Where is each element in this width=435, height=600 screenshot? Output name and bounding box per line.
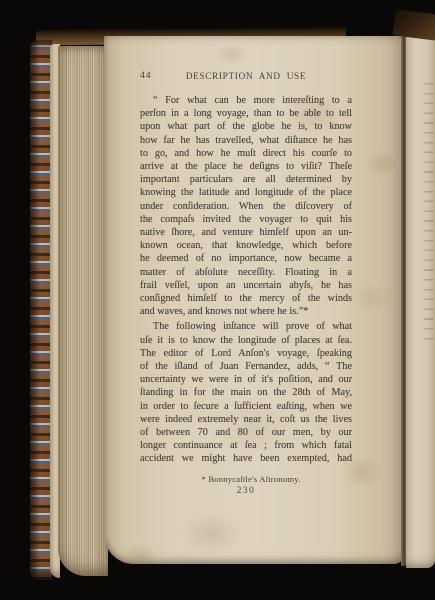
body-text-line: were indeed extremely near it, coſt us t… [140,413,352,426]
body-text-line: uſe it is to know the longitude of place… [140,334,352,347]
body-text-line: how far he has travelled, what diſtance … [140,134,352,147]
body-text-line: known ocean, that knowledge, which befor… [140,239,352,252]
facing-page-sliver [406,28,435,568]
cover-corner-flap [393,9,435,40]
body-text-line: matter of abſolute neceſſity. Floating i… [140,266,352,279]
body-text-line: upon what part of the globe he is, to kn… [140,120,352,133]
page-number: 44 [140,70,152,81]
marbled-cover-edge [30,40,52,580]
body-text-line: frail veſſel, upon an uncertain abyſs, h… [140,279,352,292]
body-text-line: important particulars are all determined… [140,173,352,186]
body-text-line: perſon in a long voyage, than to be able… [140,107,352,120]
body-text-line: longer continuance at ſea ; from which f… [140,439,352,452]
footnote: * Bonnycaſtle's Aſtronomy. [140,474,352,484]
page-header: 44 DESCRIPTION AND USE [140,70,352,84]
body-text: “ For what can be more intereſting to ap… [140,94,352,466]
book-page: 44 DESCRIPTION AND USE “ For what can be… [104,36,404,564]
body-text-line: ſtanding in for the main on the 28th of … [140,386,352,399]
signature-mark: 230 [140,486,352,496]
body-text-line: of between 70 and 80 of our men, by our [140,426,352,439]
body-text-line: under conſideration. When the diſcovery … [140,200,352,213]
body-text-line: to go, and how he muſt direct his courſe… [140,147,352,160]
body-text-line: “ For what can be more intereſting to a [140,94,352,107]
body-text-line: and waves, and knows not where he is.”* [140,305,352,318]
body-text-line: he deemed of no importance, now became a [140,252,352,265]
body-text-line: in order to ſecure a ſufficient eaſting,… [140,400,352,413]
body-text-line: of the iſland of Juan Fernandez, adds, “… [140,360,352,373]
body-text-line: native ſhore, and venture himſelf upon a… [140,226,352,239]
body-text-line: accident we might have been exempted, ha… [140,452,352,465]
photo-stage: 44 DESCRIPTION AND USE “ For what can be… [0,0,435,600]
body-text-line: The following inſtance will prove of wha… [140,320,352,333]
facing-page-text-hint [424,83,433,343]
text-block: 44 DESCRIPTION AND USE “ For what can be… [140,70,352,496]
body-text-line: uncertainty we were in of it's poſition,… [140,373,352,386]
body-text-line: knowing the latitude and longitude of th… [140,186,352,199]
body-text-line: the compaſs invited the voyager to quit … [140,213,352,226]
body-text-line: The editor of Lord Anſon's voyage, ſpeak… [140,347,352,360]
running-title: DESCRIPTION AND USE [140,70,352,81]
body-text-line: arrive at the place he deſigns to viſit?… [140,160,352,173]
body-text-line: conſigned himſelf to the mercy of the wi… [140,292,352,305]
page-stack-edge [58,46,108,576]
